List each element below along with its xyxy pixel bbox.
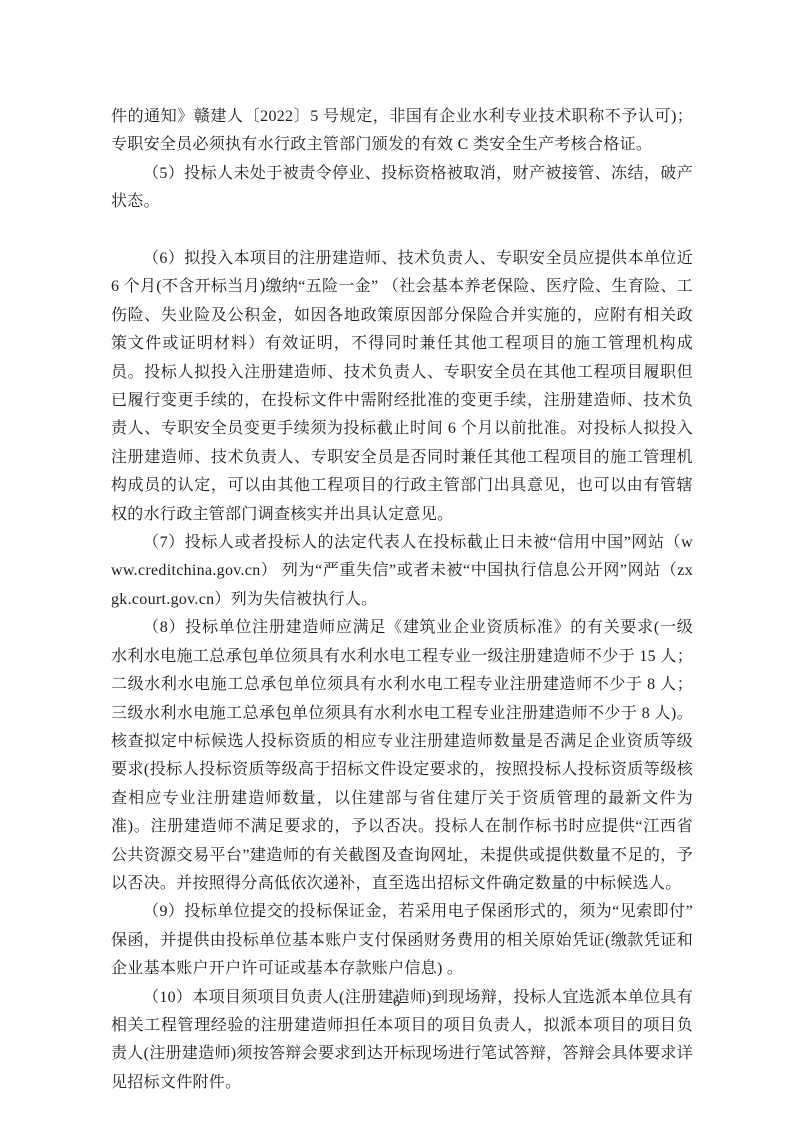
paragraph-item-9: （9）投标单位提交的投标保证金，若采用电子保函形式的，须为“见索即付”保函，并提… [111, 898, 693, 983]
page-content: 件的通知》赣建人〔2022〕5 号规定，非国有企业水利专业技术职称不予认可)；专… [111, 103, 693, 1097]
document-page: 件的通知》赣建人〔2022〕5 号规定，非国有企业水利专业技术职称不予认可)；专… [0, 0, 793, 1122]
paragraph-item-7: （7）投标人或者投标人的法定代表人在投标截止日未被“信用中国”网站（www.cr… [111, 529, 693, 614]
paragraph-item-6: （6）拟投入本项目的注册建造师、技术负责人、专职安全员应提供本单位近 6 个月(… [111, 245, 693, 529]
paragraph-item-8: （8）投标单位注册建造师应满足《建筑业企业资质标准》的有关要求(一级水利水电施工… [111, 614, 693, 898]
paragraph-item-5: （5）投标人未处于被责令停业、投标资格被取消，财产被接管、冻结，破产状态。 [111, 160, 693, 217]
page-footer: 6 [0, 993, 793, 1011]
page-number: 6 [393, 994, 400, 1010]
paragraph-continuation: 件的通知》赣建人〔2022〕5 号规定，非国有企业水利专业技术职称不予认可)；专… [111, 103, 693, 160]
